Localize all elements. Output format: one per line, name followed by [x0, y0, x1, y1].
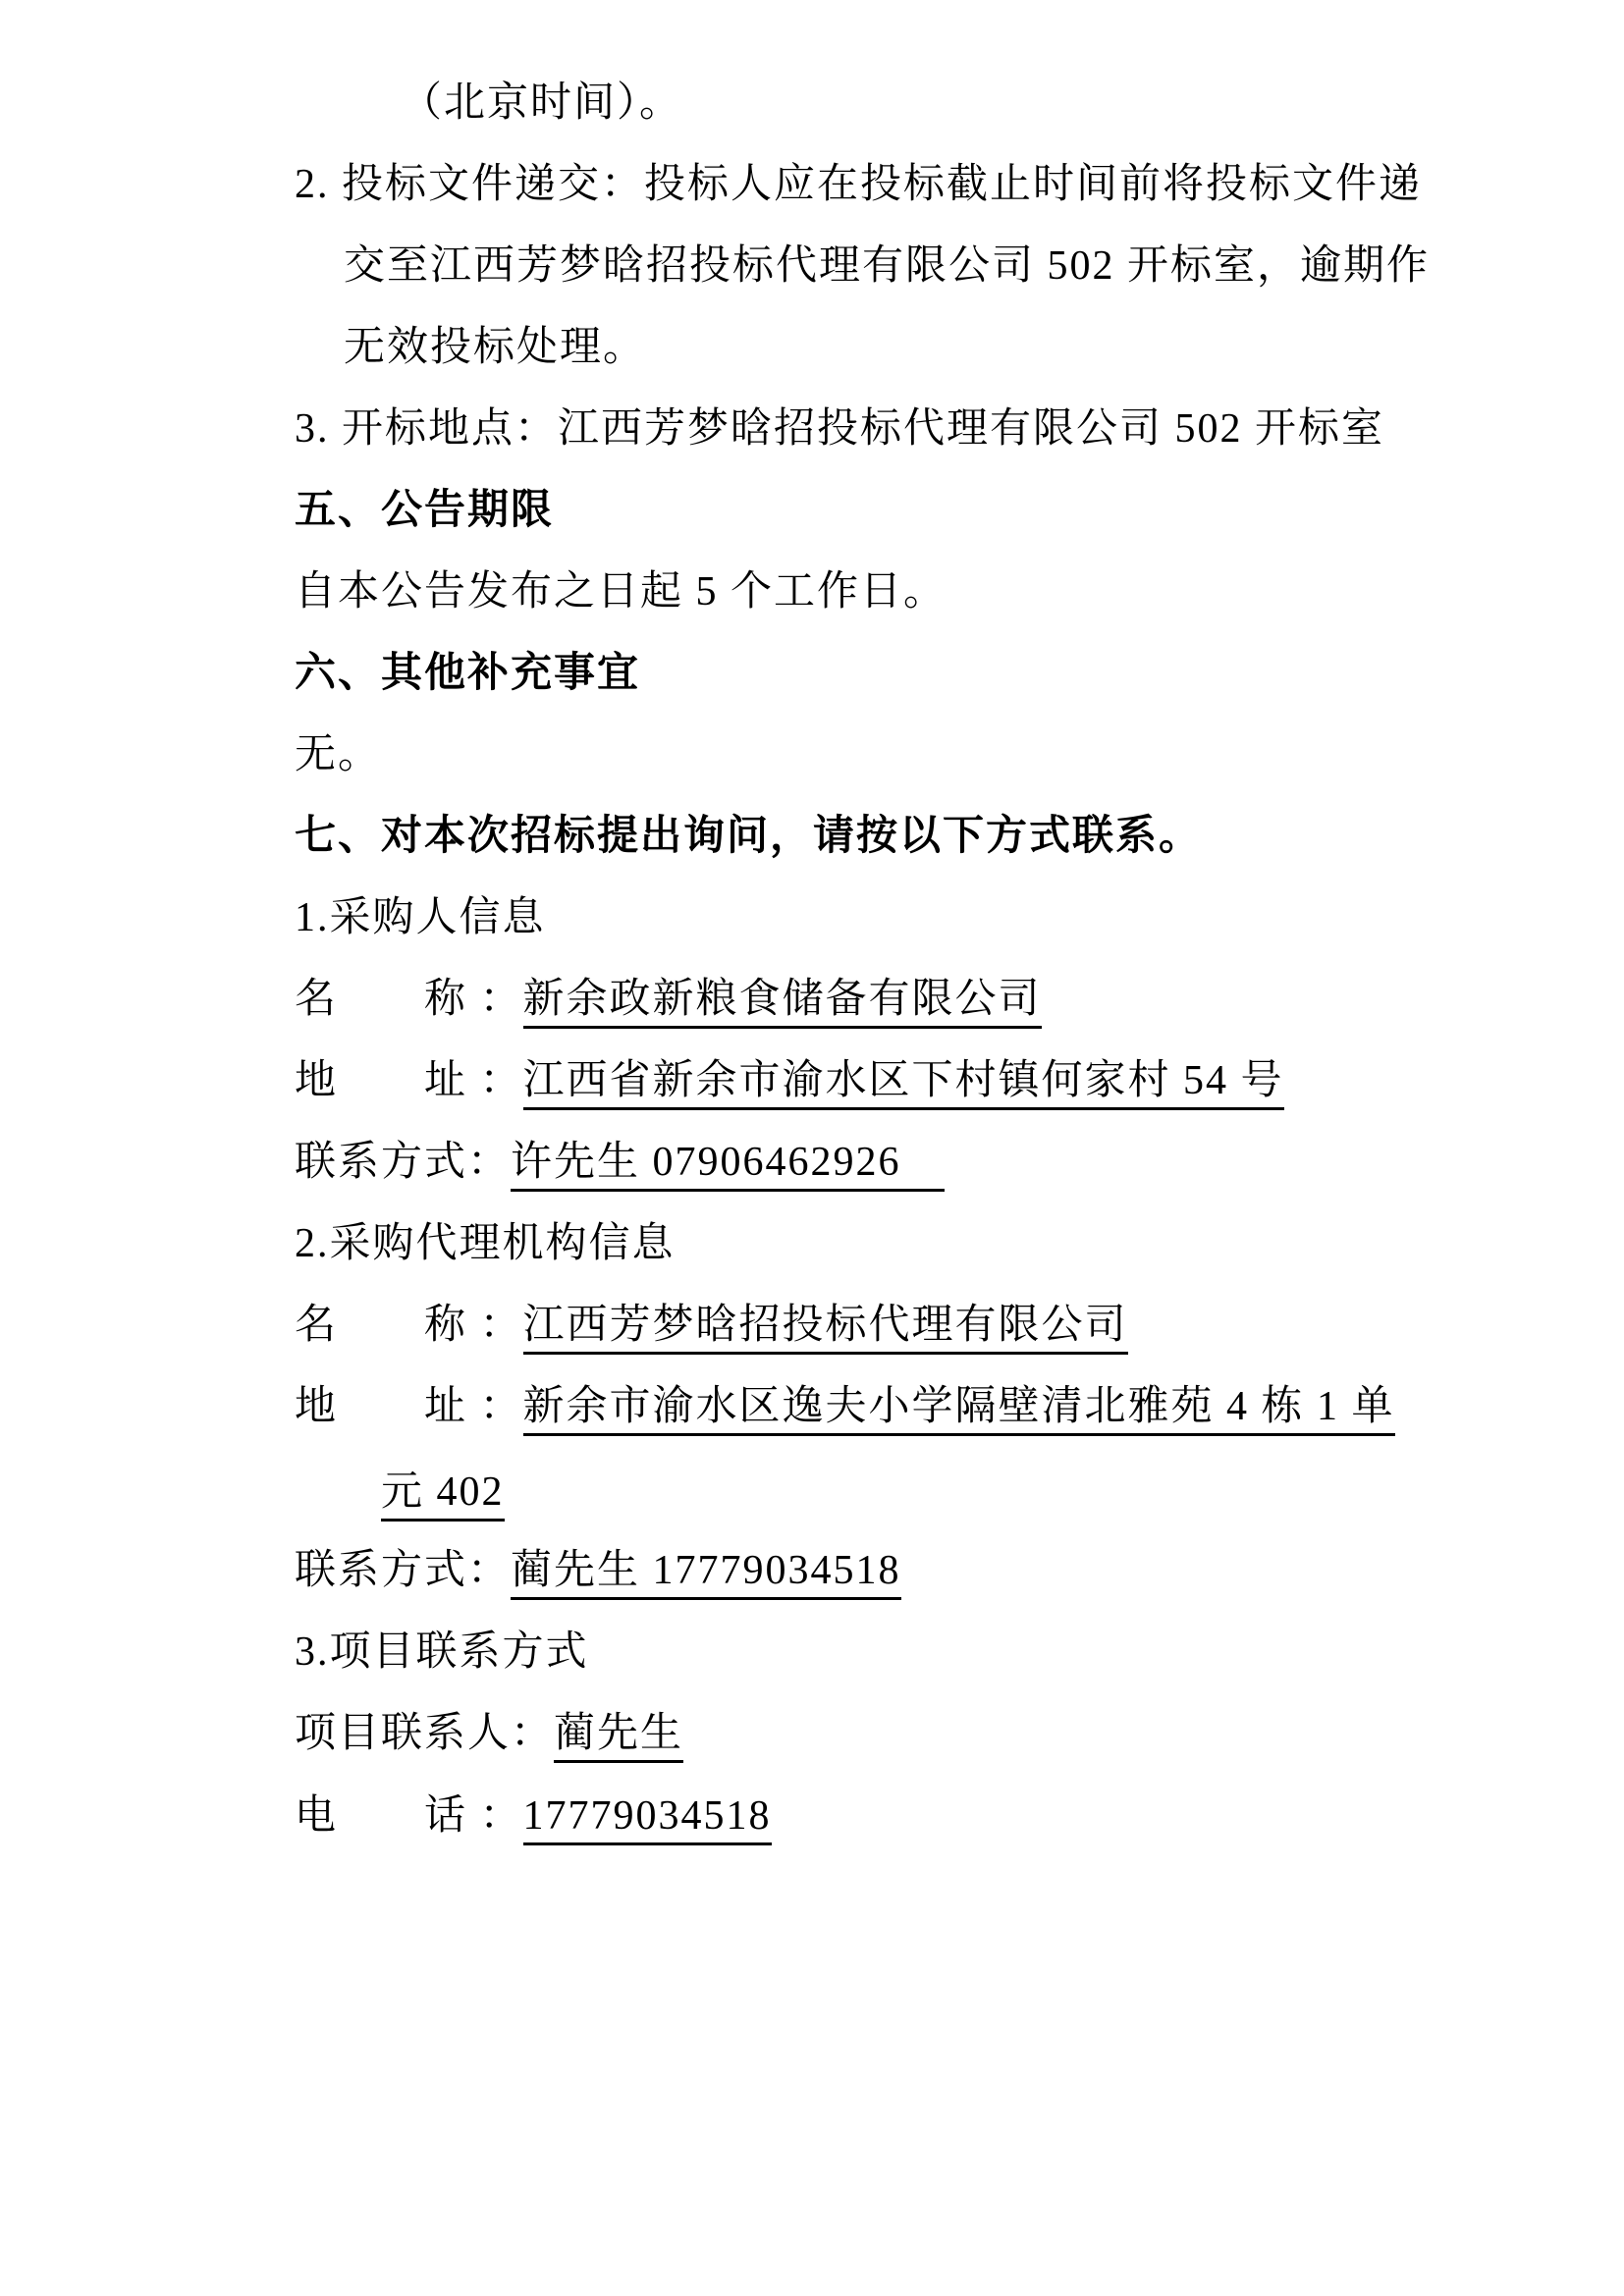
- document-page: （北京时间）。 2. 投标文件递交：投标人应在投标截止时间前将投标文件递 交至江…: [0, 0, 1624, 2296]
- project-phone-value: 17779034518: [523, 1792, 772, 1845]
- agency-address-value: 新余市渝水区逸夫小学隔壁清北雅苑 4 栋 1 单: [523, 1383, 1395, 1436]
- project-phone-row: 电 话 ：17779034518: [245, 1745, 772, 1893]
- project-phone-label: 电 话 ：: [295, 1793, 523, 1839]
